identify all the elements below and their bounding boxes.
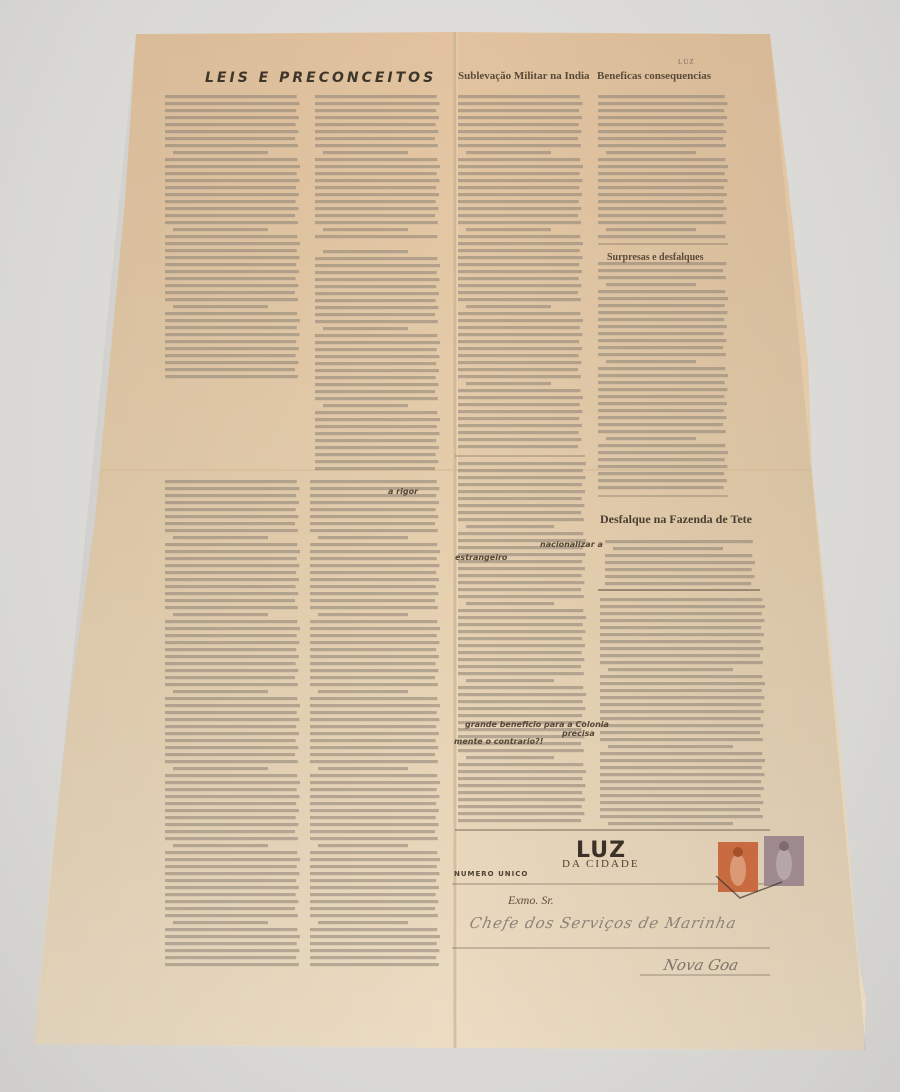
salutation: Exmo. Sr.	[508, 893, 554, 908]
handwritten-destination: Nova Goa	[662, 956, 740, 974]
headline-sublevacao-militar: Sublevação Militar na India	[458, 70, 590, 82]
inline-emphasis: grande beneficio para a Colonia	[465, 720, 609, 729]
postage-stamp-violet-icon	[764, 836, 804, 886]
page-label: LUZ	[678, 58, 695, 66]
postage-stamp-orange-icon	[718, 842, 758, 892]
inline-emphasis: mente o contrario?!	[454, 737, 543, 746]
handwritten-addressee: Chefe dos Serviços de Marinha	[468, 914, 738, 932]
headline-surpresas-e-desfalques: Surpresas e desfalques	[607, 252, 704, 263]
inline-emphasis: nacionalizar a	[540, 540, 603, 549]
masthead-subtitle: DA CIDADE	[562, 858, 640, 870]
issue-label: NUMERO UNICO	[454, 870, 528, 878]
inline-emphasis: precisa	[562, 729, 595, 738]
headline-beneficas-consequencias: Beneficas consequencias	[597, 70, 711, 82]
inline-emphasis: a rigor	[388, 487, 418, 496]
newspaper-sheet: LUZ LEIS E PRECONCEITOS Sublevação Milit…	[0, 0, 900, 1092]
body-text-blocks	[0, 0, 900, 1092]
headline-leis-e-preconceitos: LEIS E PRECONCEITOS	[205, 70, 436, 86]
inline-emphasis: estrangeiro	[455, 553, 507, 562]
headline-desfalque-fazenda-tete: Desfalque na Fazenda de Tete	[600, 512, 752, 527]
